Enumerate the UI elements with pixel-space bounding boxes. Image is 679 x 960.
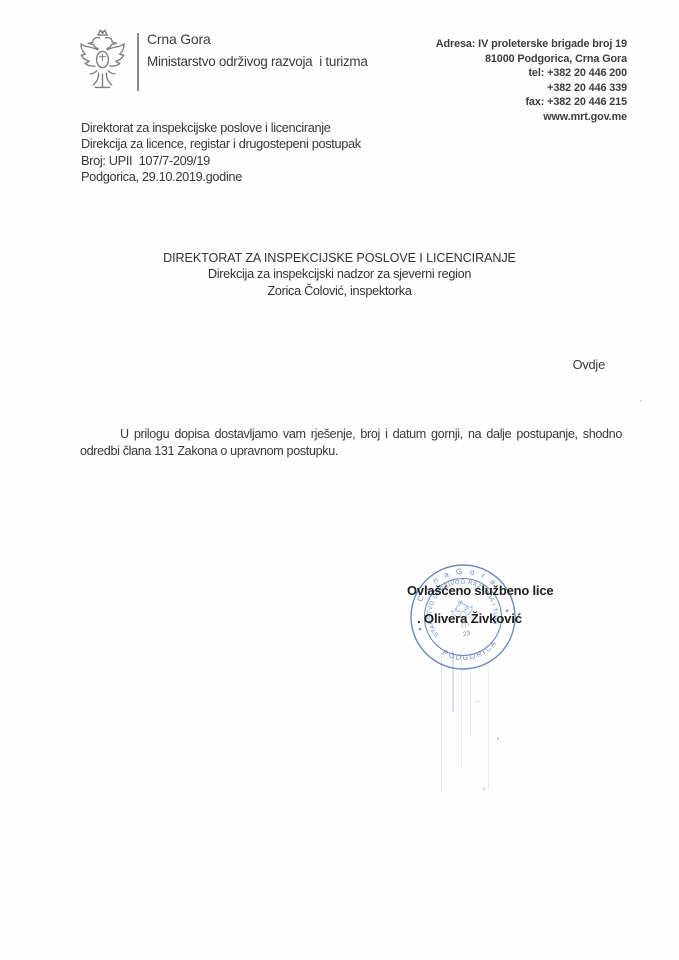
scanned-letter-page: Crna Gora Ministarstvo održivog razvoja … bbox=[0, 0, 679, 960]
scan-speck bbox=[483, 788, 485, 790]
sender-direction: Direkcija za licence, registar i drugost… bbox=[81, 136, 361, 152]
scan-speck bbox=[475, 700, 480, 703]
body-paragraph: U prilogu dopisa dostavljamo vam rješenj… bbox=[80, 426, 622, 460]
reference-number: Broj: UPII 107/7-209/19 bbox=[81, 153, 361, 169]
contact-fax: fax: +382 20 446 215 bbox=[436, 95, 627, 110]
montenegro-coat-of-arms-icon bbox=[79, 28, 126, 93]
addressee-direction: Direkcija za inspekcijski nadzor za sjev… bbox=[0, 266, 679, 282]
stamp-number: 23 bbox=[462, 630, 471, 638]
contact-block: Adresa: IV proleterske brigade broj 19 8… bbox=[436, 37, 627, 125]
scan-artifact bbox=[441, 652, 442, 792]
contact-tel2: +382 20 446 339 bbox=[436, 81, 627, 96]
stamp-city-arc: PODGORICA bbox=[440, 637, 502, 668]
scan-speck bbox=[497, 737, 499, 740]
scan-artifact bbox=[488, 658, 489, 790]
addressee-block: DIREKTORAT ZA INSPEKCIJSKE POSLOVE I LIC… bbox=[0, 250, 679, 299]
place-and-date: Podgorica, 29.10.2019.godine bbox=[81, 169, 361, 185]
scan-speck bbox=[640, 400, 642, 402]
addressee-directorate: DIREKTORAT ZA INSPEKCIJSKE POSLOVE I LIC… bbox=[0, 250, 679, 266]
signature-name: . Olivera Živković bbox=[417, 611, 522, 626]
header-brand: Crna Gora Ministarstvo održivog razvoja … bbox=[147, 31, 368, 70]
contact-address-line1: Adresa: IV proleterske brigade broj 19 bbox=[436, 37, 627, 52]
addressee-person: Zorica Čolović, inspektorka bbox=[0, 283, 679, 299]
contact-address-line2: 81000 Podgorica, Crna Gora bbox=[436, 52, 627, 67]
signature-title: Ovlašćeno službeno lice bbox=[407, 583, 553, 598]
sender-block: Direktorat za inspekcijske poslove i lic… bbox=[81, 120, 361, 185]
sender-directorate: Direktorat za inspekcijske poslove i lic… bbox=[81, 120, 361, 136]
contact-tel1: tel: +382 20 446 200 bbox=[436, 66, 627, 81]
country-name: Crna Gora bbox=[147, 31, 368, 47]
ministry-name: Ministarstvo održivog razvoja i turizma bbox=[147, 54, 368, 70]
location-note: Ovdje bbox=[573, 357, 605, 372]
header-divider bbox=[137, 33, 139, 91]
contact-website: www.mrt.gov.me bbox=[436, 110, 627, 125]
